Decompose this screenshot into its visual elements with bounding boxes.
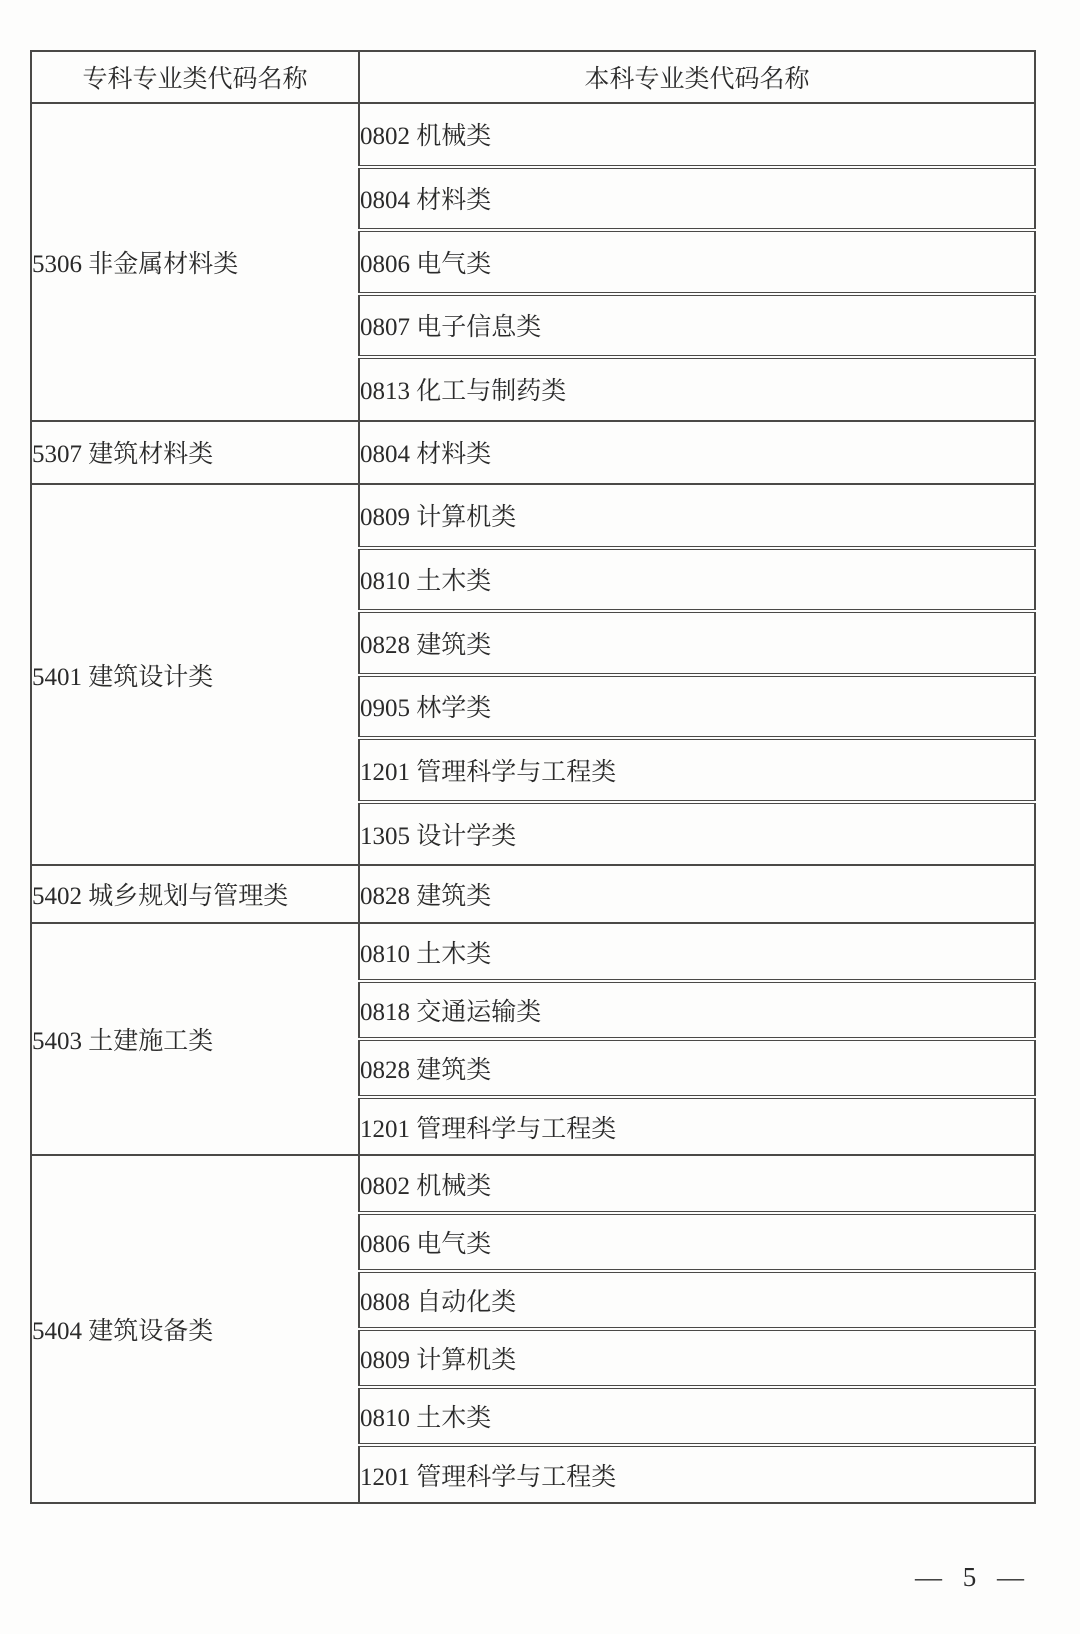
benke-category-cell: 0807 电子信息类 <box>359 294 1035 358</box>
benke-category-cell: 0828 建筑类 <box>359 611 1035 675</box>
benke-category-cell: 0810 土木类 <box>359 548 1035 612</box>
benke-category-cell: 0806 电气类 <box>359 230 1035 294</box>
benke-category-cell: 0828 建筑类 <box>359 865 1035 923</box>
zhuanke-category-cell: 5307 建筑材料类 <box>31 421 359 485</box>
benke-category-cell: 1201 管理科学与工程类 <box>359 1097 1035 1155</box>
header-row: 专科专业类代码名称 本科专业类代码名称 <box>31 51 1035 103</box>
table-row: 5401 建筑设计类0809 计算机类 <box>31 484 1035 548</box>
benke-category-cell: 1305 设计学类 <box>359 802 1035 866</box>
table-header: 专科专业类代码名称 本科专业类代码名称 <box>31 51 1035 103</box>
benke-category-cell: 0810 土木类 <box>359 923 1035 981</box>
benke-category-cell: 0810 土木类 <box>359 1387 1035 1445</box>
zhuanke-category-cell: 5402 城乡规划与管理类 <box>31 865 359 923</box>
major-correspondence-table: 专科专业类代码名称 本科专业类代码名称 5306 非金属材料类0802 机械类0… <box>30 50 1036 1504</box>
benke-category-cell: 0804 材料类 <box>359 167 1035 231</box>
benke-category-cell: 0809 计算机类 <box>359 484 1035 548</box>
benke-category-cell: 1201 管理科学与工程类 <box>359 738 1035 802</box>
table-row: 5307 建筑材料类0804 材料类 <box>31 421 1035 485</box>
zhuanke-category-cell: 5401 建筑设计类 <box>31 484 359 865</box>
benke-category-cell: 0809 计算机类 <box>359 1329 1035 1387</box>
benke-category-cell: 0808 自动化类 <box>359 1271 1035 1329</box>
table-row: 5403 土建施工类0810 土木类 <box>31 923 1035 981</box>
header-benke-column: 本科专业类代码名称 <box>359 51 1035 103</box>
zhuanke-category-cell: 5403 土建施工类 <box>31 923 359 1155</box>
benke-category-cell: 0813 化工与制药类 <box>359 357 1035 421</box>
benke-category-cell: 1201 管理科学与工程类 <box>359 1445 1035 1503</box>
scanned-document-page: 专科专业类代码名称 本科专业类代码名称 5306 非金属材料类0802 机械类0… <box>0 0 1080 1634</box>
benke-category-cell: 0802 机械类 <box>359 1155 1035 1213</box>
benke-category-cell: 0905 林学类 <box>359 675 1035 739</box>
table-row: 5404 建筑设备类0802 机械类 <box>31 1155 1035 1213</box>
benke-category-cell: 0828 建筑类 <box>359 1039 1035 1097</box>
page-number: — 5 — <box>915 1562 1026 1593</box>
table-body: 5306 非金属材料类0802 机械类0804 材料类0806 电气类0807 … <box>31 103 1035 1503</box>
benke-category-cell: 0804 材料类 <box>359 421 1035 485</box>
table-row: 5306 非金属材料类0802 机械类 <box>31 103 1035 167</box>
zhuanke-category-cell: 5404 建筑设备类 <box>31 1155 359 1503</box>
benke-category-cell: 0806 电气类 <box>359 1213 1035 1271</box>
header-zhuanke-column: 专科专业类代码名称 <box>31 51 359 103</box>
zhuanke-category-cell: 5306 非金属材料类 <box>31 103 359 421</box>
table-row: 5402 城乡规划与管理类0828 建筑类 <box>31 865 1035 923</box>
benke-category-cell: 0818 交通运输类 <box>359 981 1035 1039</box>
benke-category-cell: 0802 机械类 <box>359 103 1035 167</box>
